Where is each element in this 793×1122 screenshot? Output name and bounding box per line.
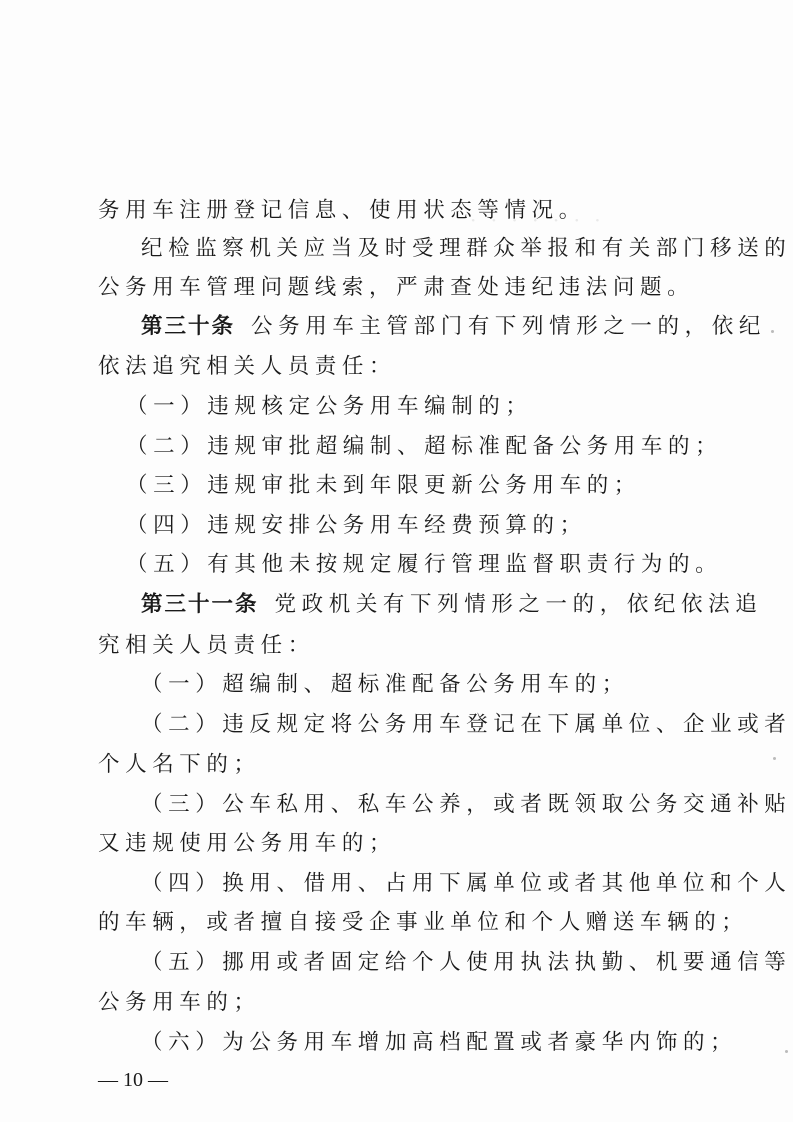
list-item: （五）挪用或者固定给个人使用执法执勤、机要通信等 [141,948,791,978]
scan-speck [771,330,774,333]
paragraph-line: 个人名下的； [98,750,261,780]
article-heading: 第三十一条 [141,592,259,617]
paragraph-line: 公务用车的； [98,988,261,1018]
page-number: — 10 — [98,1067,168,1093]
list-item: （三）违规审批未到年限更新公务用车的； [126,471,641,501]
article-31-line: 第三十一条党政机关有下列情形之一的，依纪依法追 [141,590,762,620]
list-item: （六）为公务用车增加高档配置或者豪华内饰的； [141,1028,737,1058]
list-item: （二）违反规定将公务用车登记在下属单位、企业或者 [141,710,791,740]
scan-speck [785,1050,788,1053]
list-item: （五）有其他未按规定履行管理监督职责行为的。 [126,550,722,580]
list-item: （四）违规安排公务用车经费预算的； [126,511,587,541]
list-item: （一）超编制、超标准配备公务用车的； [141,670,629,700]
list-item: （一）违规核定公务用车编制的； [126,392,533,422]
document-page: · · · · · · · 务用车注册登记信息、使用状态等情况。 纪检监察机关应… [0,0,793,1122]
paragraph-line: 纪检监察机关应当及时受理群众举报和有关部门移送的 [141,234,791,264]
list-item: （二）违规审批超编制、超标准配备公务用车的； [126,432,722,462]
paragraph-line: 务用车注册登记信息、使用状态等情况。 [98,196,586,226]
paragraph-line: 的车辆，或者擅自接受企事业单位和个人赠送车辆的； [98,908,748,938]
paragraph-line: 依法追究相关人员责任： [98,352,396,382]
paragraph-line: 公务用车管理问题线索，严肃查处违纪违法问题。 [98,273,694,303]
list-item: （三）公车私用、私车公养，或者既领取公务交通补贴 [141,790,791,820]
list-item: （四）换用、借用、占用下属单位或者其他单位和个人 [141,869,791,899]
paragraph-line: 究相关人员责任： [98,631,315,661]
paragraph-line: 又违规使用公务用车的； [98,829,396,859]
scan-speck [773,757,776,760]
article-heading: 第三十条 [141,314,235,339]
article-30-line: 第三十条公务用车主管部门有下列情形之一的，依纪 [141,312,766,342]
